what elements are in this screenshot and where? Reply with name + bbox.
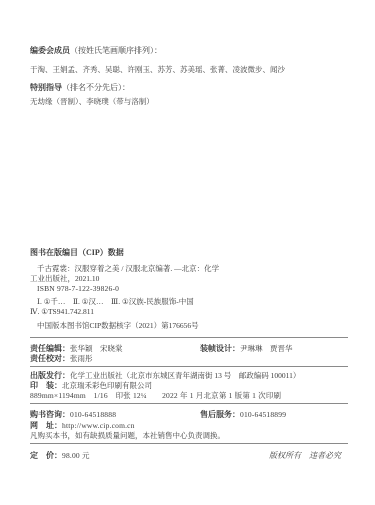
purchase-value: 010-64518888 — [70, 410, 116, 419]
credits-row-design: 装帧设计：尹琳琳 贾晋华 — [200, 344, 293, 354]
credits-row-proofreader: 责任校对：张雨彤 — [30, 354, 349, 364]
divider-publishing-top — [30, 366, 348, 367]
editor-value: 张华颖 宋晓棠 — [70, 344, 123, 353]
cip-title-line1: 千古霓裳：汉服穿着之美 / 汉服北京编著. —北京：化学 — [30, 264, 349, 274]
committee-heading: 编委会成员（按姓氏笔画顺序排列）： — [30, 46, 349, 56]
printer-label: 印 装： — [30, 381, 62, 390]
cip-record-number: 中国版本图书馆CIP数据核字（2021）第176656号 — [30, 321, 349, 331]
committee-members: 于淘、王娟孟、齐秀、吴聪、许刚玉、苏芳、苏美瑶、张菁、凌波微步、闻沙 — [30, 65, 349, 75]
editor-label: 责任编辑： — [30, 344, 70, 353]
divider-credits-top — [30, 337, 348, 338]
website-row: 网 址：http://www.cip.com.cn — [30, 421, 349, 431]
printer-value: 北京瑞禾彩色印刷有限公司 — [62, 381, 152, 390]
service-label: 售后服务： — [200, 410, 240, 419]
proofreader-value: 张雨彤 — [70, 354, 93, 363]
purchase-label: 购书咨询： — [30, 410, 70, 419]
exchange-notice: 凡购买本书，如有缺损质量问题，本社销售中心负责调换。 — [30, 431, 349, 441]
divider-footer-top — [30, 443, 348, 444]
printer-row: 印 装：北京瑞禾彩色印刷有限公司 — [30, 381, 349, 391]
website-label: 网 址： — [30, 421, 62, 430]
format-row: 889mm×1194mm 1/16 印张 12¼ 2022 年 1 月北京第 1… — [30, 391, 349, 401]
cip-class-line1: Ⅰ. ①千… Ⅱ. ①汉… Ⅲ. ①汉族-民族服饰-中国 — [30, 297, 349, 307]
service-phone-row: 售后服务：010-64518899 — [200, 410, 286, 420]
cip-class-line2: Ⅳ. ①TS941.742.811 — [30, 307, 349, 317]
price-value: 98.00 元 — [62, 451, 90, 460]
website-url: http://www.cip.com.cn — [62, 421, 135, 430]
publisher-value: 化学工业出版社（北京市东城区青年湖南街 13 号 邮政编码 100011） — [70, 371, 300, 380]
design-value: 尹琳琳 贾晋华 — [240, 344, 293, 353]
special-advisor-heading: 特别指导（排名不分先后）： — [30, 83, 349, 93]
cip-isbn: ISBN 978-7-122-39826-0 — [30, 284, 349, 294]
purchase-phone-row: 购书咨询：010-64518888 — [30, 410, 349, 420]
proofreader-label: 责任校对： — [30, 354, 70, 363]
cip-title-line2: 工业出版社，2021.10 — [30, 274, 349, 284]
special-advisor-label: 特别指导 — [30, 83, 62, 92]
service-value: 010-64518899 — [240, 410, 286, 419]
special-advisor-members: 无劫缘（晋制）、李晓璞（带与洛制） — [30, 97, 349, 107]
publisher-row: 出版发行：化学工业出版社（北京市东城区青年湖南街 13 号 邮政编码 10001… — [30, 371, 349, 381]
publisher-label: 出版发行： — [30, 371, 70, 380]
credits-row-editor: 责任编辑：张华颖 宋晓棠 — [30, 344, 349, 354]
committee-label-note: （按姓氏笔画顺序排列）： — [70, 46, 162, 55]
committee-label: 编委会成员 — [30, 46, 70, 55]
design-label: 装帧设计： — [200, 344, 240, 353]
colophon-page: 编委会成员（按姓氏笔画顺序排列）： 于淘、王娟孟、齐秀、吴聪、许刚玉、苏芳、苏美… — [0, 0, 375, 505]
special-advisor-note: （排名不分先后）： — [62, 83, 130, 92]
divider-contact-top — [30, 403, 348, 404]
price-label: 定 价： — [30, 451, 62, 460]
cip-heading: 图书在版编目（CIP）数据 — [30, 248, 349, 258]
copyright-statement: 版权所有 违者必究 — [269, 451, 341, 461]
